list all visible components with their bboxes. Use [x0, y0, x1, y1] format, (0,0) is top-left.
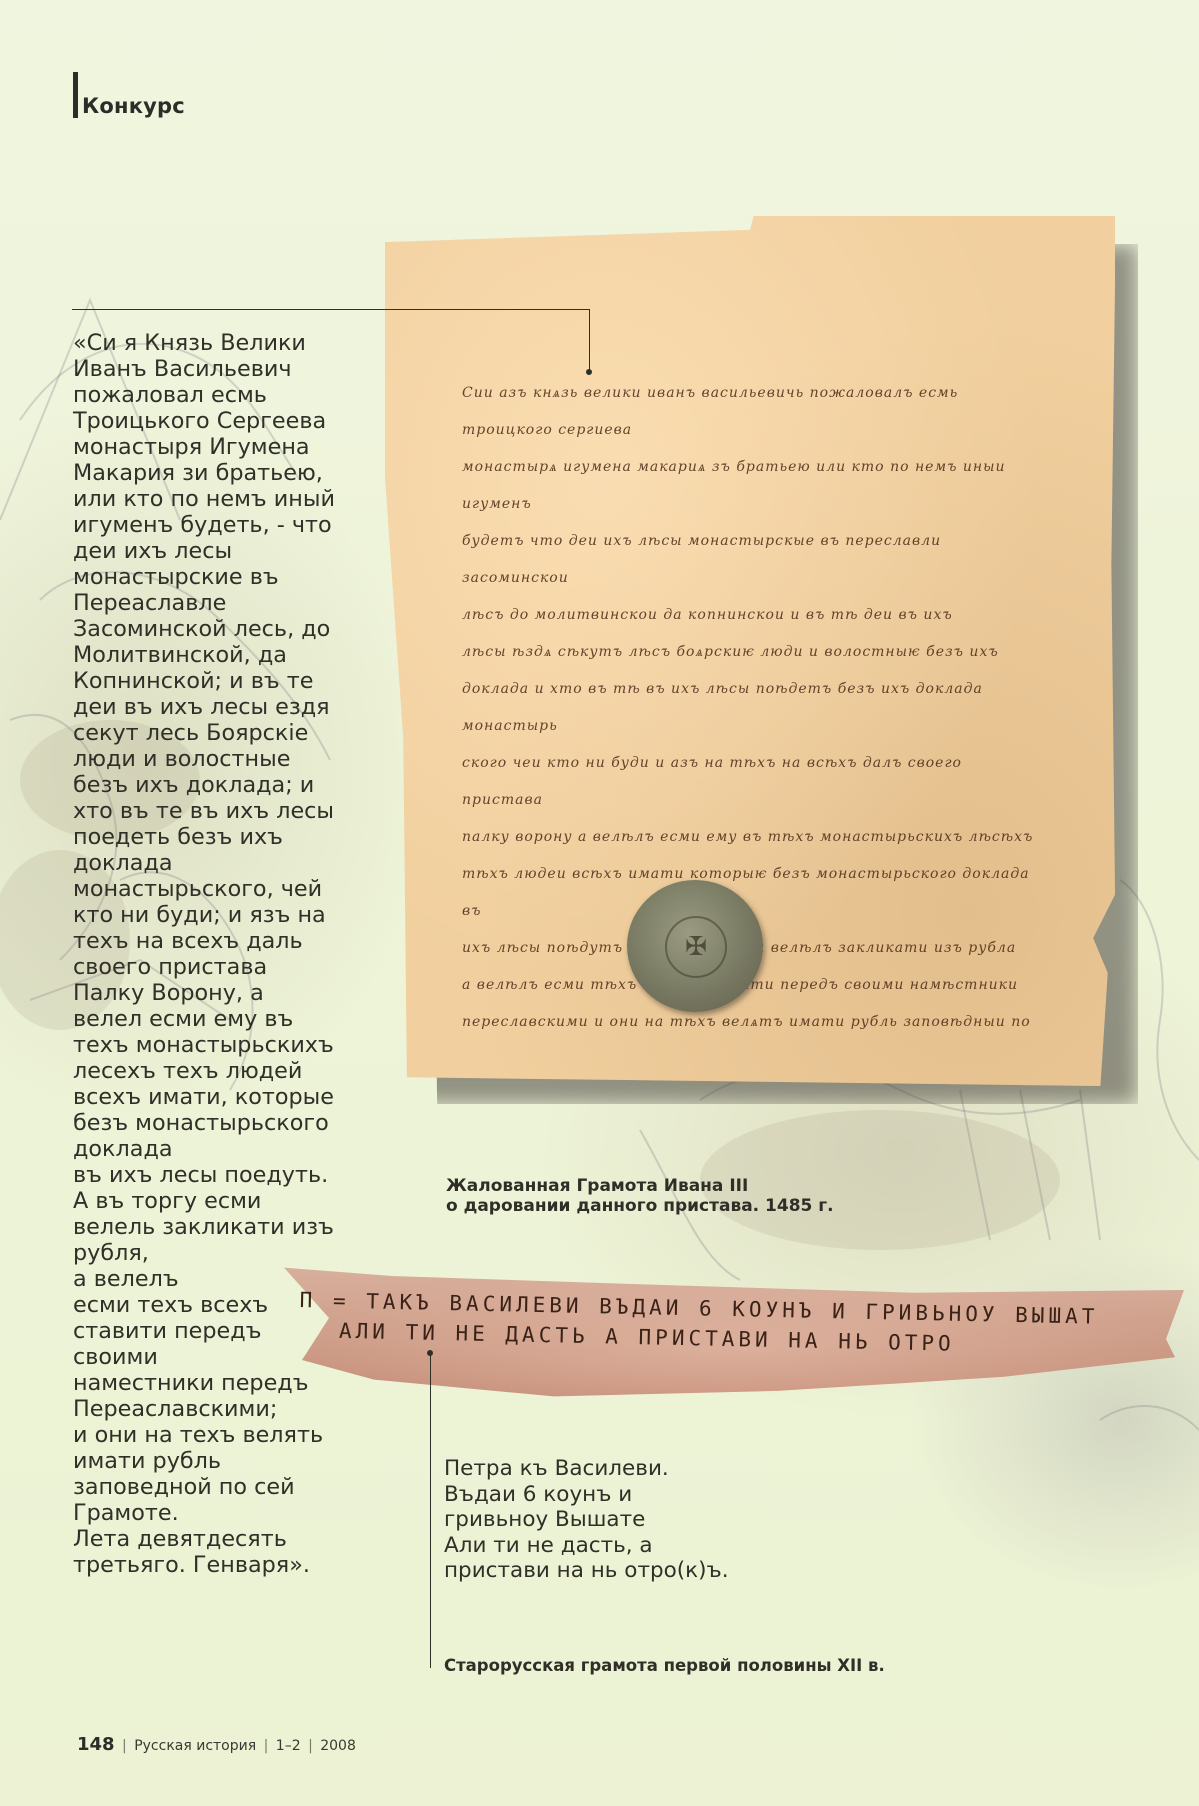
footer-separator: | [264, 1738, 269, 1754]
section-title: Конкурс [82, 94, 185, 118]
page-footer: 148 | Русская история | 1–2 | 2008 [77, 1734, 356, 1755]
callout-leader-dot [586, 369, 592, 375]
charter-script-line: монастырѧ игумена макариѧ зъ братьею или… [462, 449, 1042, 523]
cross-icon: ✠ [665, 916, 727, 978]
charter-script-line: лѣсы ѣздѧ сѣкутъ лѣсъ боѧрскиѥ люди и во… [462, 634, 1042, 671]
callout-leader-line [430, 1352, 431, 1668]
birchbark-caption: Старорусская грамота первой половины XII… [444, 1656, 1004, 1675]
charter-script-line: палку ворону а велѣлъ есми ему въ тѣхъ м… [462, 819, 1042, 856]
footer-separator: | [308, 1738, 313, 1754]
charter-caption: Жалованная Грамота Ивана III о даровании… [446, 1176, 946, 1216]
page-number: 148 [77, 1734, 115, 1755]
wax-seal: ✠ [627, 880, 763, 1012]
footer-separator: | [122, 1738, 127, 1754]
birchbark-translation: Петра къ Василеви. Въдаи 6 коунъ и гривь… [444, 1456, 844, 1584]
issue-number: 1–2 [276, 1738, 301, 1754]
magazine-title: Русская история [134, 1738, 256, 1754]
charter-script-line: лѣсъ до молитвинскои да копнинскои и въ … [462, 597, 1042, 634]
charter-quote-text: «Си я Князь Велики Иванъ Васильевич пожа… [73, 330, 373, 1578]
callout-leader-line [589, 309, 590, 372]
issue-year: 2008 [320, 1738, 356, 1754]
section-marker-bar [73, 72, 78, 118]
charter-script-line: переславскими и они на тѣхъ велѧтъ имати… [462, 1004, 1042, 1041]
callout-leader-line [72, 309, 590, 310]
charter-script-line: ского чеи кто ни буди и азъ на тѣхъ на в… [462, 745, 1042, 819]
charter-script-line: будетъ что деи ихъ лѣсы монастырскые въ … [462, 523, 1042, 597]
charter-script-line: доклада и хто въ тѣ въ ихъ лѣсы поѣдетъ … [462, 671, 1042, 745]
charter-script-line: Сии азъ кнѧзь велики иванъ васильевичь п… [462, 375, 1042, 449]
